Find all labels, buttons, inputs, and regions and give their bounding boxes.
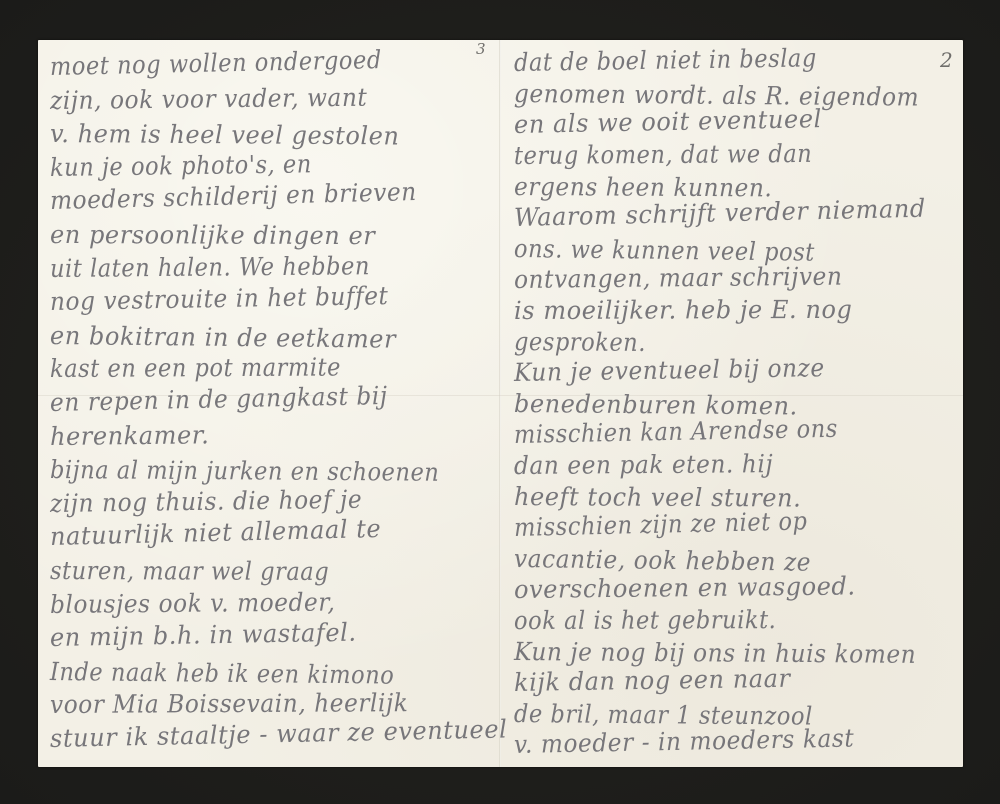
handwritten-line: dat de boel niet in beslag (514, 41, 937, 77)
handwritten-line: ontvangen, maar schrijven (514, 260, 951, 294)
handwritten-line: Kun je eventueel bij onze (514, 351, 952, 387)
handwritten-line: terug komen, dat we dan (514, 138, 937, 170)
handwritten-line: en repen in de gangkast bij (50, 379, 488, 417)
handwritten-line: uit laten halen. We hebben (50, 250, 473, 283)
handwritten-line: is moeilijker. heb je E. nog (514, 294, 965, 325)
handwritten-line: herenkamer. (50, 417, 501, 451)
page-left: 3 moet nog wollen ondergoedzijn, ook voo… (44, 46, 494, 761)
page-number: 3 (476, 40, 486, 58)
handwritten-line: nog vestrouite in het buffet (50, 280, 488, 317)
handwritten-line: moet nog wollen ondergoed (50, 43, 474, 81)
handwritten-line: kast en een pot marmite (50, 352, 473, 383)
handwritten-line: dan een pak eten. hij (514, 448, 951, 480)
page-right: 2 dat de boel niet in beslaggenomen word… (508, 46, 958, 761)
handwritten-line: moeders schilderij en brieven (50, 176, 488, 216)
handwritten-line: zijn, ook voor vader, want (50, 81, 487, 115)
handwritten-line: blousjes ook v. moeder, (50, 586, 487, 619)
handwritten-line: v. hem is heel veel gestolen (50, 119, 501, 151)
handwritten-line: en mijn b.h. in wastafel. (50, 615, 502, 652)
handwritten-line: en bokitran in de eetkamer (50, 321, 501, 355)
handwritten-line: natuurlijk niet allemaal te (50, 511, 502, 551)
handwritten-line: overschoenen en wasgoed. (514, 570, 965, 604)
letter-sheet: 3 moet nog wollen ondergoedzijn, ook voo… (38, 40, 963, 767)
handwritten-line: Inde naak heb ik een kimono (50, 657, 473, 690)
handwritten-line: voor Mia Boissevain, heerlijk (50, 688, 487, 719)
handwritten-line: en persoonlijke dingen er (50, 220, 501, 251)
handwritten-line: bijna al mijn jurken en schoenen (50, 455, 473, 487)
scan-background: 3 moet nog wollen ondergoedzijn, ook voo… (0, 0, 1000, 804)
handwritten-line: kijk dan nog een naar (514, 661, 966, 697)
handwritten-line: sturen, maar wel graag (50, 556, 473, 586)
handwritten-line: ook al is het gebruikt. (514, 605, 937, 635)
page-number: 2 (940, 48, 953, 72)
handwritten-line: stuur ik staaltje - waar ze eventueel (50, 715, 502, 753)
